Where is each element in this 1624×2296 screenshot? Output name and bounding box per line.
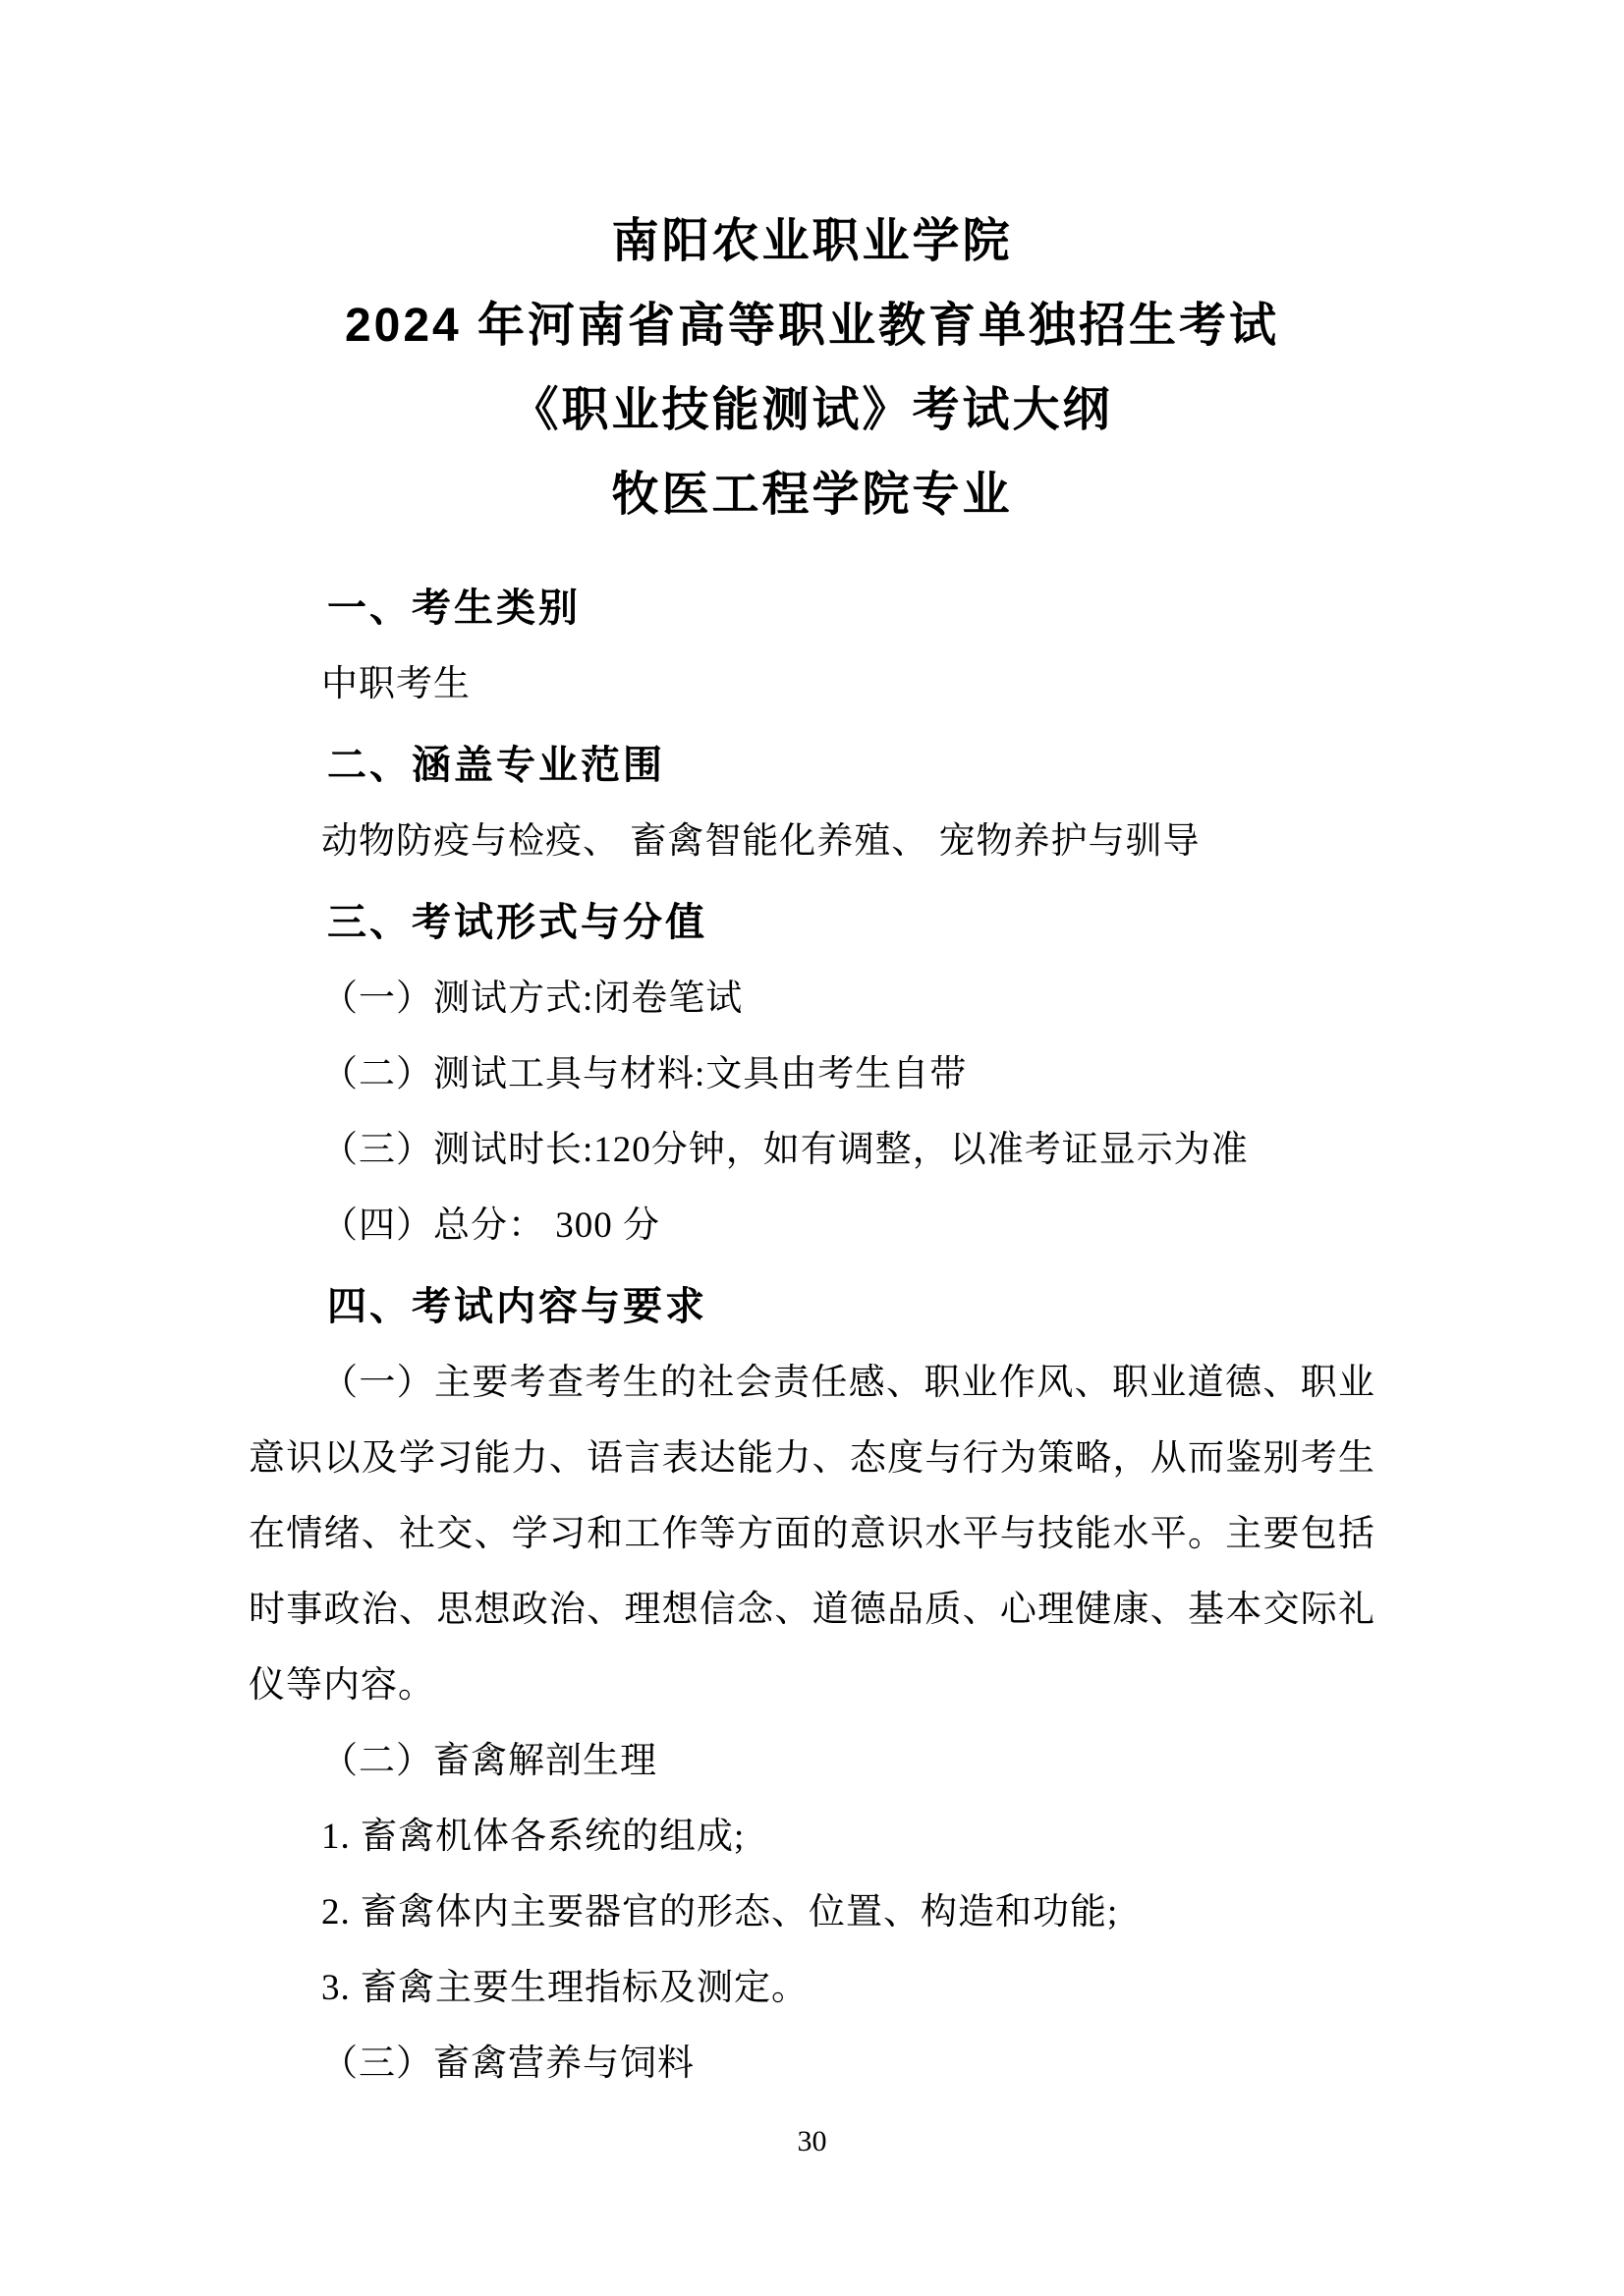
title-line-school: 南阳农业职业学院 [249,199,1375,284]
page-number: 30 [0,2122,1624,2161]
section-3-paragraph-1: （一）测试方式:闭卷笔试 [249,961,1375,1036]
section-4-paragraph-1-line-2: 意识以及学习能力、语言表达能力、态度与行为策略，从而鉴别考生 [249,1421,1375,1496]
section-4-paragraph-1-line-1: （一）主要考查考生的社会责任感、职业作风、职业道德、职业 [249,1345,1375,1421]
section-4-paragraph-1-line-5: 仪等内容。 [249,1648,1375,1723]
section-4-paragraph-1-line-4: 时事政治、思想政治、理想信念、道德品质、心理健康、基本交际礼 [249,1572,1375,1648]
section-2-paragraph-1: 动物防疫与检疫、 畜禽智能化养殖、 宠物养护与驯导 [249,804,1375,879]
section-4-paragraph-1-line-3: 在情绪、社交、学习和工作等方面的意识水平与技能水平。主要包括 [249,1496,1375,1572]
document-page: 南阳农业职业学院 2024 年河南省高等职业教育单独招生考试 《职业技能测试》考… [0,0,1624,2296]
document-content: 南阳农业职业学院 2024 年河南省高等职业教育单独招生考试 《职业技能测试》考… [249,0,1375,2101]
title-line-exam: 2024 年河南省高等职业教育单独招生考试 [249,284,1375,368]
section-2-heading: 二、涵盖专业范围 [249,728,1375,804]
section-4-list-item-2: 2. 畜禽体内主要器官的形态、位置、构造和功能; [249,1875,1375,1950]
section-3-paragraph-2: （二）测试工具与材料:文具由考生自带 [249,1036,1375,1112]
section-3-paragraph-4: （四）总分： 300 分 [249,1188,1375,1263]
section-3-paragraph-3: （三）测试时长:120分钟，如有调整，以准考证显示为准 [249,1112,1375,1188]
section-4-list-item-1: 1. 畜禽机体各系统的组成; [249,1799,1375,1875]
section-4-paragraph-2: （二）畜禽解剖生理 [249,1723,1375,1799]
section-1-paragraph-1: 中职考生 [249,646,1375,722]
title-line-college: 牧医工程学院专业 [249,453,1375,537]
section-4-heading: 四、考试内容与要求 [249,1269,1375,1345]
title-line-outline: 《职业技能测试》考试大纲 [249,368,1375,453]
section-3-heading: 三、考试形式与分值 [249,885,1375,961]
section-4-list-item-3: 3. 畜禽主要生理指标及测定。 [249,1950,1375,2026]
section-1-heading: 一、考生类别 [249,571,1375,646]
document-title: 南阳农业职业学院 2024 年河南省高等职业教育单独招生考试 《职业技能测试》考… [249,199,1375,537]
section-4-paragraph-3: （三）畜禽营养与饲料 [249,2026,1375,2101]
